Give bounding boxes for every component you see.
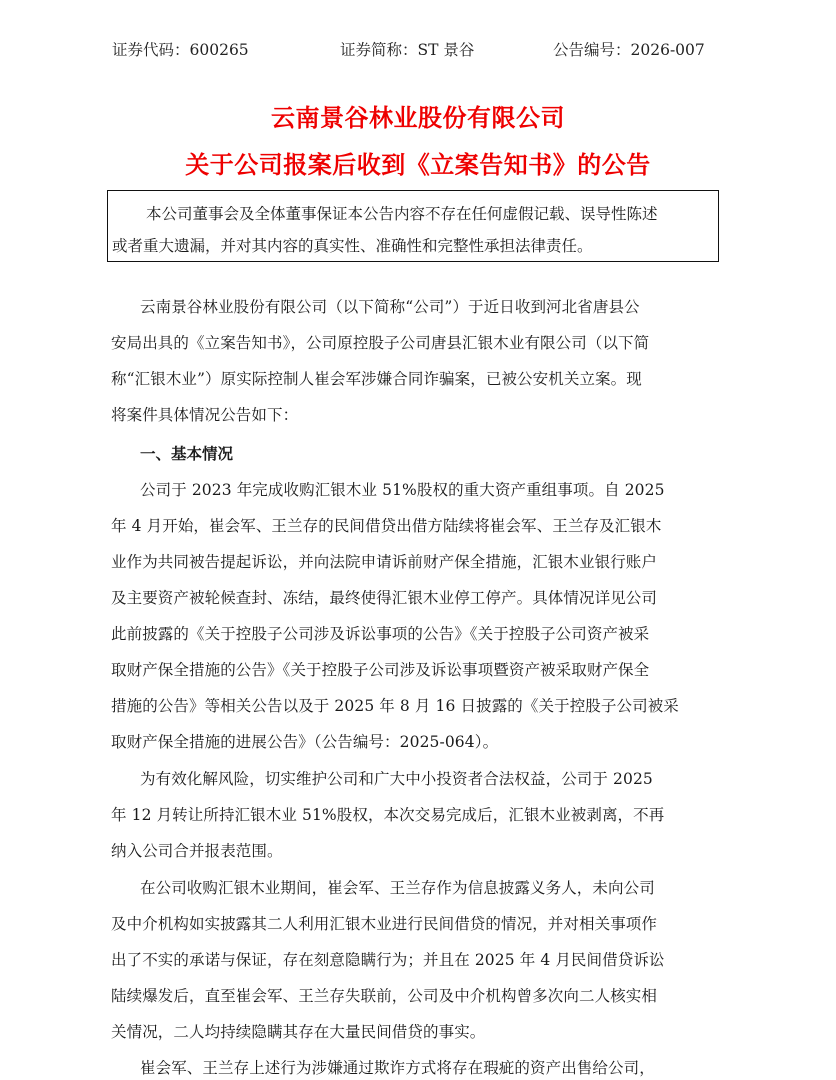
announcement-number: 公告编号：2026-007 xyxy=(553,38,705,60)
paragraph-line: 及中介机构如实披露其二人利用汇银木业进行民间借贷的情况，并对相关事项作 xyxy=(111,912,657,934)
stock-short-name: 证券简称：ST 景谷 xyxy=(340,38,474,60)
paragraph-line: 安局出具的《立案告知书》，公司原控股子公司唐县汇银木业有限公司（以下简 xyxy=(111,331,649,353)
notice-line: 或者重大遗漏，并对其内容的真实性、准确性和完整性承担法律责任。 xyxy=(112,234,593,256)
paragraph-line: 纳入公司合并报表范围。 xyxy=(111,839,283,861)
paragraph-line: 公司于 2023 年完成收购汇银木业 51%股权的重大资产重组事项。自 2025 xyxy=(140,478,665,500)
paragraph-line: 将案件具体情况公告如下： xyxy=(111,403,298,425)
board-guarantee-notice-box: 本公司董事会及全体董事保证本公告内容不存在任何虚假记载、误导性陈述 或者重大遗漏… xyxy=(107,190,719,262)
paragraph-line: 陆续爆发后，直至崔会军、王兰存失联前，公司及中介机构曾多次向二人核实相 xyxy=(111,984,657,1006)
paragraph-line: 取财产保全措施的公告》《关于控股子公司涉及诉讼事项暨资产被采取财产保全 xyxy=(111,658,649,680)
paragraph-line: 业作为共同被告提起诉讼，并向法院申请诉前财产保全措施，汇银木业银行账户 xyxy=(111,550,657,572)
section-heading: 一、基本情况 xyxy=(140,442,233,464)
document-header: 证券代码：600265 证券简称：ST 景谷 公告编号：2026-007 xyxy=(112,38,722,62)
paragraph-line: 崔会军、王兰存上述行为涉嫌通过欺诈方式将存在瑕疵的资产出售给公司， xyxy=(140,1056,655,1078)
paragraph-line: 及主要资产被轮候查封、冻结，最终使得汇银木业停工停产。具体情况详见公司 xyxy=(111,586,657,608)
announcement-title: 关于公司报案后收到《立案告知书》的公告 xyxy=(0,145,836,180)
paragraph-line: 称“汇银木业”）原实际控制人崔会军涉嫌合同诈骗案，已被公安机关立案。现 xyxy=(111,367,642,389)
paragraph-line: 此前披露的《关于控股子公司涉及诉讼事项的公告》《关于控股子公司资产被采 xyxy=(111,622,649,644)
paragraph-line: 云南景谷林业股份有限公司（以下简称“公司”）于近日收到河北省唐县公 xyxy=(140,295,640,317)
paragraph-line: 出了不实的承诺与保证，存在刻意隐瞒行为；并且在 2025 年 4 月民间借贷诉讼 xyxy=(111,948,665,970)
company-title: 云南景谷林业股份有限公司 xyxy=(0,98,836,133)
paragraph-line: 在公司收购汇银木业期间，崔会军、王兰存作为信息披露义务人，未向公司 xyxy=(140,876,655,898)
paragraph-line: 为有效化解风险，切实维护公司和广大中小投资者合法权益，公司于 2025 xyxy=(140,767,653,789)
paragraph-line: 关情况，二人均持续隐瞒其存在大量民间借贷的事实。 xyxy=(111,1020,485,1042)
paragraph-line: 措施的公告》等相关公告以及于 2025 年 8 月 16 日披露的《关于控股子公… xyxy=(111,694,679,716)
paragraph-line: 年 4 月开始，崔会军、王兰存的民间借贷出借方陆续将崔会军、王兰存及汇银木 xyxy=(111,514,661,536)
paragraph-line: 取财产保全措施的进展公告》（公告编号：2025-064）。 xyxy=(111,730,498,752)
stock-code: 证券代码：600265 xyxy=(112,38,249,60)
notice-line: 本公司董事会及全体董事保证本公告内容不存在任何虚假记载、误导性陈述 xyxy=(146,202,658,224)
paragraph-line: 年 12 月转让所持汇银木业 51%股权，本次交易完成后，汇银木业被剥离，不再 xyxy=(111,803,664,825)
